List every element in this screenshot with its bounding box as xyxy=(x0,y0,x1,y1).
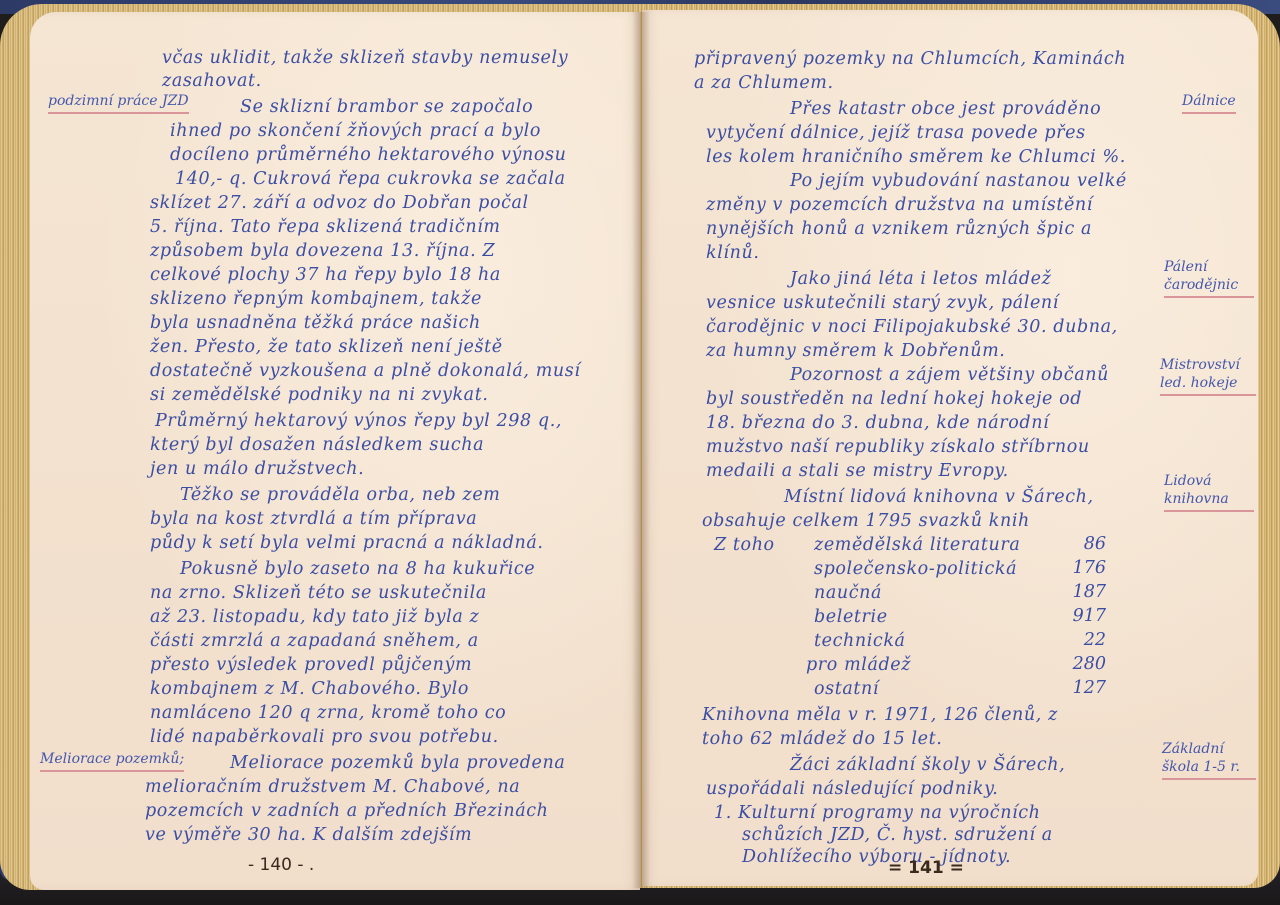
library-category: beletrie xyxy=(814,606,888,628)
text-line: medaili a stali se mistry Evropy. xyxy=(706,460,1009,482)
margin-note-highway: Dálnice xyxy=(1182,92,1236,120)
text-line: Knihovna měla v r. 1971, 126 členů, z xyxy=(702,704,1058,726)
text-line: sklizeno řepným kombajnem, takže xyxy=(150,288,482,310)
text-line: Jako jiná léta i letos mládež xyxy=(790,268,1051,290)
right-page: Dálnice Pálení čarodějnic Mistrovství le… xyxy=(642,10,1258,886)
text-line: docíleno průměrného hektarového výnosu xyxy=(170,144,566,166)
text-line: 140,- q. Cukrová řepa cukrovka se začala xyxy=(175,168,566,190)
library-count: 280 xyxy=(1046,654,1106,674)
text-line: Dohlížecího výboru - jídnoty. xyxy=(742,846,1011,868)
text-line: si zemědělské podniky na ni zvykat. xyxy=(150,384,489,406)
text-line: až 23. listopadu, kdy tato již byla z xyxy=(150,606,479,628)
margin-note-autumn-work: podzimní práce JZD xyxy=(48,92,189,120)
text-line: a za Chlumem. xyxy=(694,72,834,94)
library-count: 127 xyxy=(1046,678,1106,698)
text-line: byl soustředěn na lední hokej hokeje od xyxy=(706,388,1082,410)
text-line: celkové plochy 37 ha řepy bylo 18 ha xyxy=(150,264,501,286)
text-line: přesto výsledek provedl půjčeným xyxy=(150,654,472,676)
text-line: za humny směrem k Dobřenům. xyxy=(706,340,1005,362)
library-category: ostatní xyxy=(814,678,879,700)
margin-note-library: Lidová knihovna xyxy=(1164,472,1254,518)
text-line: Průměrný hektarový výnos řepy byl 298 q.… xyxy=(155,410,562,432)
text-line: nynějších honů a vznikem různých špic a xyxy=(706,218,1092,240)
text-line: uspořádali následující podniky. xyxy=(706,778,998,800)
library-count: 22 xyxy=(1046,630,1106,650)
text-line: způsobem byla dovezena 13. října. Z xyxy=(150,240,495,262)
page-number-140: - 140 - . xyxy=(248,855,314,875)
text-line: kombajnem z M. Chabového. Bylo xyxy=(150,678,469,700)
text-line: 5. října. Tato řepa sklizená tradičním xyxy=(150,216,501,238)
text-line: změny v pozemcích družstva na umístění xyxy=(706,194,1093,216)
text-line: Se sklizní brambor se započalo xyxy=(240,96,533,118)
text-line: klínů. xyxy=(706,242,760,264)
library-count: 187 xyxy=(1046,582,1106,602)
text-line: 18. března do 3. dubna, kde národní xyxy=(706,412,1049,434)
text-line: ve výměře 30 ha. K dalším zdejším xyxy=(145,824,472,846)
library-count: 917 xyxy=(1046,606,1106,626)
margin-note-witch-burning: Pálení čarodějnic xyxy=(1164,258,1254,304)
text-line: lidé napaběrkovali pro svou potřebu. xyxy=(150,726,499,748)
text-line: vytyčení dálnice, jejíž trasa povede pře… xyxy=(706,122,1086,144)
library-count: 176 xyxy=(1046,558,1106,578)
text-line: zasahovat. xyxy=(162,70,262,92)
text-line: byla usnadněna těžká práce našich xyxy=(150,312,481,334)
library-table-intro: Z toho xyxy=(714,534,775,556)
text-line: Po jejím vybudování nastanou velké xyxy=(790,170,1127,192)
library-category: naučná xyxy=(814,582,882,604)
text-line: dostatečně vyzkoušena a plně dokonalá, m… xyxy=(150,360,581,382)
text-line: sklízet 27. září a odvoz do Dobřan počal xyxy=(150,192,529,214)
text-line: melioračním družstvem M. Chabové, na xyxy=(145,776,520,798)
text-line: na zrno. Sklizeň této se uskutečnila xyxy=(150,582,487,604)
text-line: 1. Kulturní programy na výročních xyxy=(714,802,1041,824)
text-line: byla na kost ztvrdlá a tím příprava xyxy=(150,508,477,530)
text-line: Pokusně bylo zaseto na 8 ha kukuřice xyxy=(180,558,535,580)
text-line: části zmrzlá a zapadaná sněhem, a xyxy=(150,630,479,652)
text-line: který byl dosažen následkem sucha xyxy=(150,434,484,456)
margin-note-ice-hockey: Mistrovství led. hokeje xyxy=(1160,356,1256,402)
text-line: namláceno 120 q zrna, kromě toho co xyxy=(150,702,506,724)
text-line: Přes katastr obce jest prováděno xyxy=(790,98,1101,120)
text-line: jen u málo družstvech. xyxy=(150,458,364,480)
text-line: les kolem hraničního směrem ke Chlumci %… xyxy=(706,146,1126,168)
text-line: pozemcích v zadních a předních Březinách xyxy=(145,800,549,822)
text-line: obsahuje celkem 1795 svazků knih xyxy=(702,510,1030,532)
text-line: toho 62 mládež do 15 let. xyxy=(702,728,942,750)
text-line: Pozornost a zájem většiny občanů xyxy=(790,364,1109,386)
text-line: čarodějnic v noci Filipojakubské 30. dub… xyxy=(706,316,1118,338)
margin-note-primary-school: Základní škola 1-5 r. xyxy=(1162,740,1256,786)
text-line: Místní lidová knihovna v Šárech, xyxy=(784,486,1094,508)
text-line: schůzích JZD, Č. hyst. sdružení a xyxy=(742,824,1053,846)
library-count: 86 xyxy=(1046,534,1106,554)
library-category: technická xyxy=(814,630,906,652)
text-line: půdy k setí byla velmi pracná a nákladná… xyxy=(150,532,544,554)
text-line: Meliorace pozemků byla provedena xyxy=(230,752,565,774)
library-category: pro mládež xyxy=(806,654,911,676)
page-number-141: = 141 = xyxy=(888,858,964,878)
text-line: žen. Přesto, že tato sklizeň není ještě xyxy=(150,336,503,358)
library-category: společensko-politická xyxy=(814,558,1017,580)
library-category: zemědělská literatura xyxy=(814,534,1020,556)
left-page: podzimní práce JZD Meliorace pozemků; vč… xyxy=(30,12,640,890)
text-line: Žáci základní školy v Šárech, xyxy=(790,754,1065,776)
text-line: mužstvo naší republiky získalo stříbrnou xyxy=(706,436,1090,458)
text-line: Těžko se prováděla orba, neb zem xyxy=(180,484,501,506)
text-line: včas uklidit, takže sklizeň stavby nemus… xyxy=(162,47,568,69)
text-line: připravený pozemky na Chlumcích, Kaminác… xyxy=(694,48,1126,70)
margin-note-melioration: Meliorace pozemků; xyxy=(40,750,184,778)
text-line: ihned po skončení žňových prací a bylo xyxy=(170,120,541,142)
text-line: vesnice uskutečnili starý zvyk, pálení xyxy=(706,292,1059,314)
